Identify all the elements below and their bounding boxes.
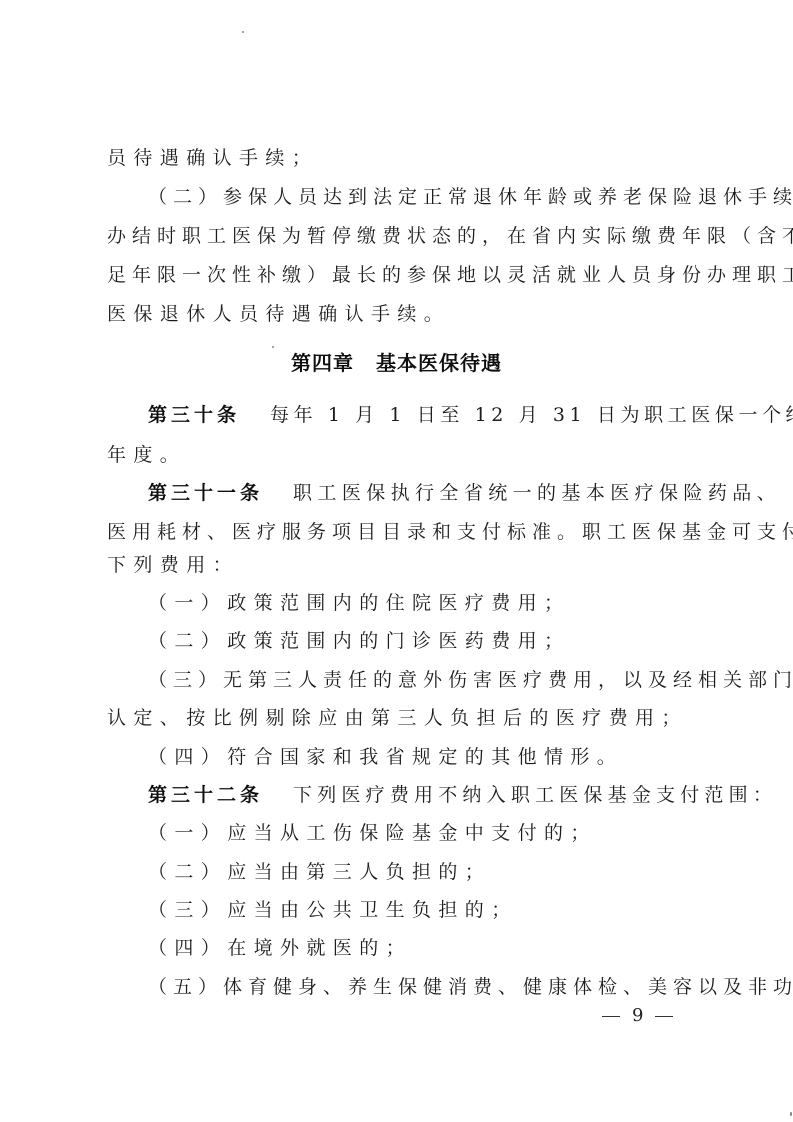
list-item: （三）无第三人责任的意外伤害医疗费用，以及经相关部门 <box>148 668 734 692</box>
article-31: 第三十一条职工医保执行全省统一的基本医疗保险药品、 <box>148 481 734 505</box>
paragraph-line: 足年限一次性补缴）最长的参保地以灵活就业人员身份办理职工 <box>107 263 693 287</box>
article-text: 下列医疗费用不纳入职工医保基金支付范围： <box>293 784 777 806</box>
page-number-value: 9 <box>632 1005 643 1026</box>
paragraph-line: 认定、按比例剔除应由第三人负担后的医疗费用； <box>107 706 693 730</box>
dash-left <box>602 1016 620 1017</box>
scan-speck <box>790 1112 792 1116</box>
paragraph-line: 下列费用： <box>107 553 693 577</box>
article-text: 职工医保执行全省统一的基本医疗保险药品、 <box>293 482 781 504</box>
article-32: 第三十二条下列医疗费用不纳入职工医保基金支付范围： <box>148 783 734 807</box>
article-label: 第三十条 <box>148 404 240 426</box>
list-item: （五）体育健身、养生保健消费、健康体检、美容以及非功 <box>148 975 734 999</box>
paragraph-line: 医保退休人员待遇确认手续。 <box>107 302 693 326</box>
list-item: （一）应当从工伤保险基金中支付的； <box>148 821 734 845</box>
scan-speck <box>242 31 244 33</box>
article-label: 第三十一条 <box>148 482 263 504</box>
paragraph-line: 员待遇确认手续； <box>107 146 693 170</box>
paragraph-line: 办结时职工医保为暂停缴费状态的，在省内实际缴费年限（含不 <box>107 224 693 248</box>
list-item: （一）政策范围内的住院医疗费用； <box>148 591 734 615</box>
paragraph-line: 年度。 <box>107 443 693 467</box>
scan-speck <box>272 346 274 348</box>
article-text: 每年 1 月 1 日至 12 月 31 日为职工医保一个结算 <box>270 404 793 426</box>
list-item: （二）政策范围内的门诊医药费用； <box>148 629 734 653</box>
paragraph-line: （二）参保人员达到法定正常退休年龄或养老保险退休手续 <box>148 185 734 209</box>
article-label: 第三十二条 <box>148 784 263 806</box>
chapter-heading: 第四章基本医保待遇 <box>0 350 793 376</box>
dash-right <box>655 1016 673 1017</box>
paragraph-line: 医用耗材、医疗服务项目目录和支付标准。职工医保基金可支付 <box>107 520 693 544</box>
list-item: （三）应当由公共卫生负担的； <box>148 898 734 922</box>
article-30: 第三十条每年 1 月 1 日至 12 月 31 日为职工医保一个结算 <box>148 403 734 427</box>
page-number: 9 <box>590 1005 685 1027</box>
list-item: （二）应当由第三人负担的； <box>148 860 734 884</box>
list-item: （四）在境外就医的； <box>148 936 734 960</box>
list-item: （四）符合国家和我省规定的其他情形。 <box>148 745 734 769</box>
chapter-number: 第四章 <box>291 351 354 375</box>
document-page: 员待遇确认手续； （二）参保人员达到法定正常退休年龄或养老保险退休手续 办结时职… <box>0 0 793 1122</box>
chapter-title: 基本医保待遇 <box>376 351 502 375</box>
